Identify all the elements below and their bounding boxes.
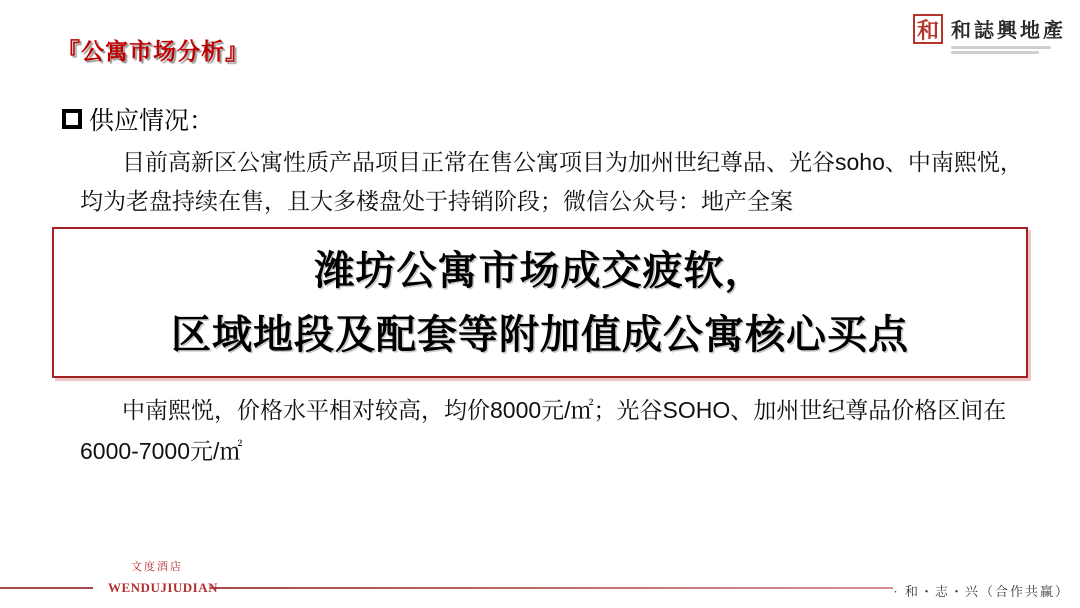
footer-rule-left: [0, 587, 93, 589]
price-paragraph-line2: 6000-7000元/㎡: [80, 431, 1030, 472]
logo-tagline-line: [951, 46, 1051, 49]
presentation-slide: 『公寓市场分析』 和 和誌興地產 供应情况： 目前高新区公寓性质产品项目正常在售…: [0, 0, 1080, 608]
price-paragraph-line1: 中南熙悦，价格水平相对较高，均价8000元/㎡；光谷SOHO、加州世纪尊品价格区…: [122, 390, 1030, 431]
footer-brand-english: WENDUJIUDIAN: [108, 580, 206, 596]
logo-name: 和誌興地產: [951, 14, 1066, 43]
page-title: 『公寓市场分析』: [57, 33, 249, 66]
square-bullet-icon: [62, 109, 82, 129]
highlight-line1: 潍坊公寓市场成交疲软，: [315, 239, 766, 303]
supply-paragraph-line1: 目前高新区公寓性质产品项目正常在售公寓项目为加州世纪尊品、光谷soho、中南熙悦…: [122, 143, 1030, 182]
highlight-box: 潍坊公寓市场成交疲软， 区域地段及配套等附加值成公寓核心买点: [52, 227, 1028, 378]
company-logo: 和 和誌興地產: [913, 14, 1066, 54]
section-heading: 供应情况：: [62, 101, 214, 137]
footer-brand: 文度酒店 WENDUJIUDIAN: [108, 558, 206, 596]
supply-paragraph: 目前高新区公寓性质产品项目正常在售公寓项目为加州世纪尊品、光谷soho、中南熙悦…: [80, 143, 1030, 221]
footer-brand-chinese: 文度酒店: [108, 558, 206, 574]
highlight-line2: 区域地段及配套等附加值成公寓核心买点: [171, 303, 909, 367]
footer-slogan: · 和・志・兴（合作共赢）: [893, 581, 1070, 600]
supply-paragraph-line2: 均为老盘持续在售，且大多楼盘处于持销阶段；微信公众号：地产全案: [80, 182, 1030, 221]
footer-rule-right: [210, 587, 893, 589]
price-paragraph: 中南熙悦，价格水平相对较高，均价8000元/㎡；光谷SOHO、加州世纪尊品价格区…: [80, 390, 1030, 472]
logo-tagline: [951, 46, 1066, 54]
section-heading-label: 供应情况：: [89, 101, 214, 137]
logo-seal-icon: 和: [913, 14, 943, 44]
logo-tagline-line: [951, 51, 1039, 54]
